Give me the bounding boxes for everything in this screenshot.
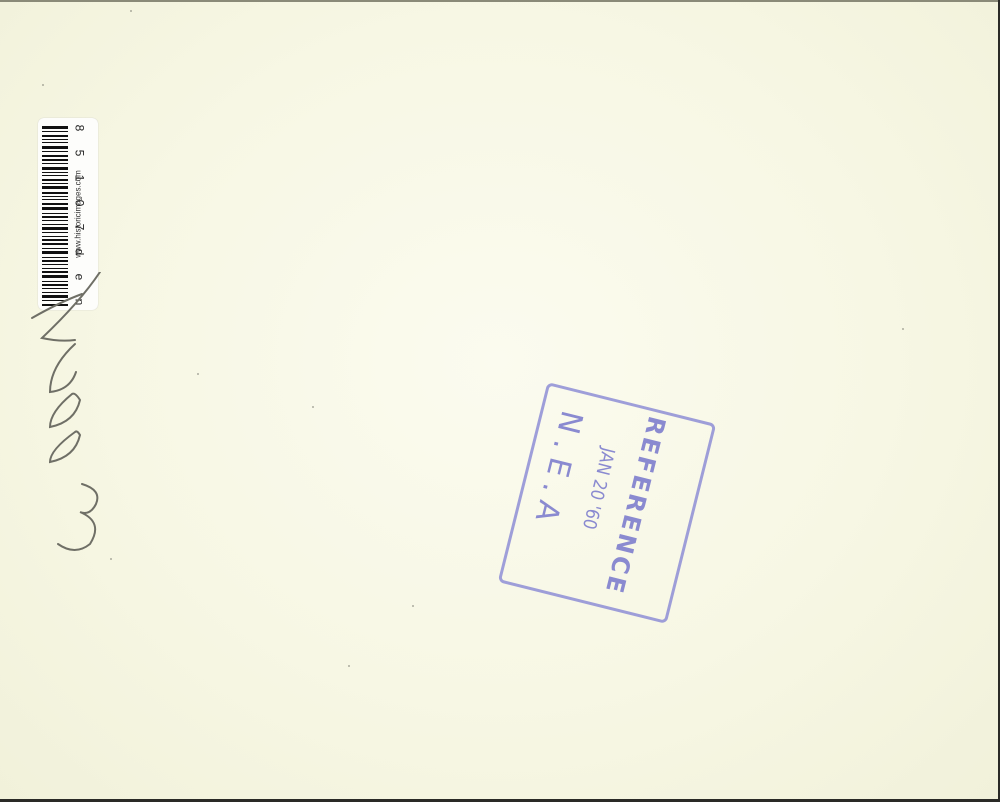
stamp-title: REFERENCE: [599, 413, 671, 598]
paper-speck: [312, 406, 314, 408]
photo-verso-paper: 8 5 1 0 7 d e n www.historicimages.com 1…: [0, 0, 998, 799]
paper-speck: [412, 605, 414, 607]
paper-speck: [42, 84, 44, 86]
barcode-digit: 8: [73, 125, 85, 132]
paper-speck: [130, 10, 132, 12]
paper-speck: [902, 328, 904, 330]
barcode-digit: 5: [73, 150, 85, 157]
reference-stamp: REFERENCE JAN 20 '60 N.E.A: [498, 382, 717, 624]
barcode-website: www.historicimages.com: [74, 170, 83, 258]
stamp-agency: N.E.A: [526, 407, 589, 533]
paper-speck: [197, 373, 199, 375]
handwritten-note: 1/2003: [20, 272, 120, 562]
stamp-date: JAN 20 '60: [578, 445, 619, 531]
paper-speck: [348, 665, 350, 667]
